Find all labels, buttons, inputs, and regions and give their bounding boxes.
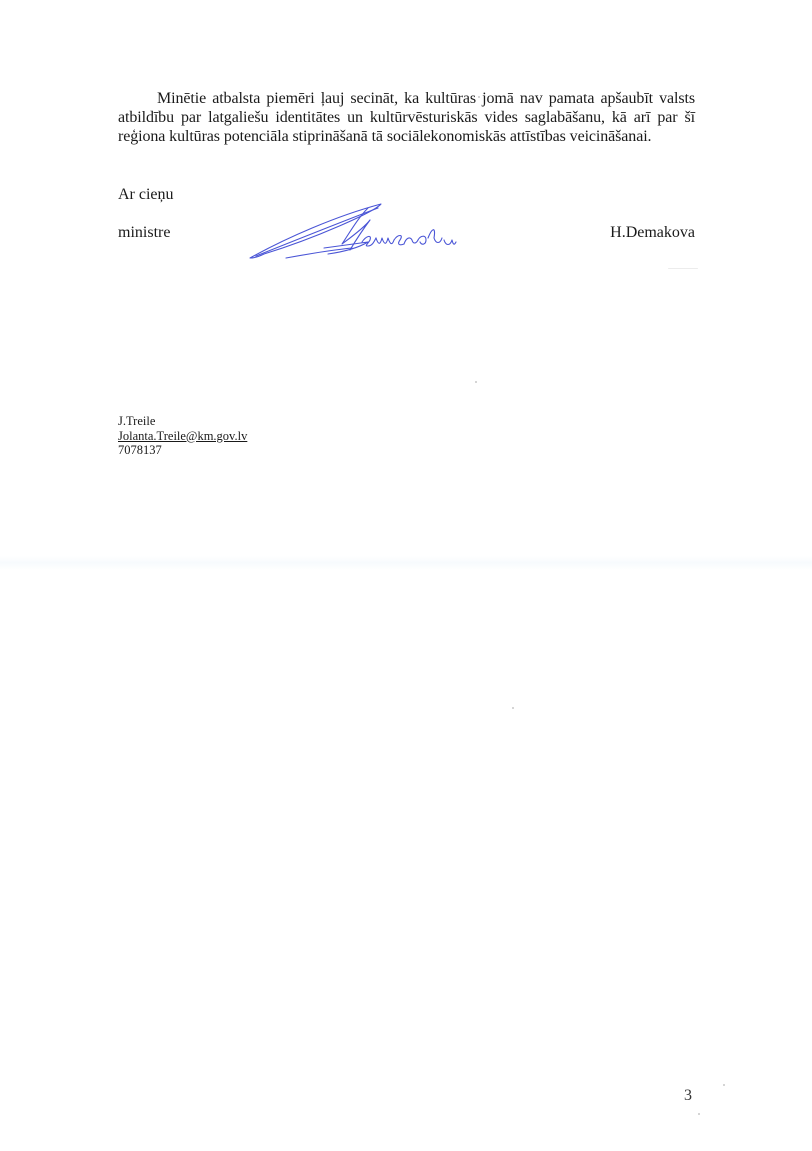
handwritten-signature-icon [246, 198, 476, 264]
contact-email-link[interactable]: Jolanta.Treile@km.gov.lv [118, 429, 247, 444]
body-paragraph: Minētie atbalsta piemēri ļauj secināt, k… [118, 89, 695, 146]
contact-phone: 7078137 [118, 443, 247, 458]
scan-artifact-band [0, 556, 812, 570]
page-number: 3 [684, 1086, 692, 1105]
document-page: Minētie atbalsta piemēri ļauj secināt, k… [0, 0, 812, 1151]
signatory-role: ministre [118, 223, 170, 242]
signatory-name: H.Demakova [610, 223, 695, 242]
contact-block: J.Treile Jolanta.Treile@km.gov.lv 707813… [118, 414, 247, 458]
closing-salutation: Ar cieņu [118, 185, 174, 204]
contact-name: J.Treile [118, 414, 247, 429]
